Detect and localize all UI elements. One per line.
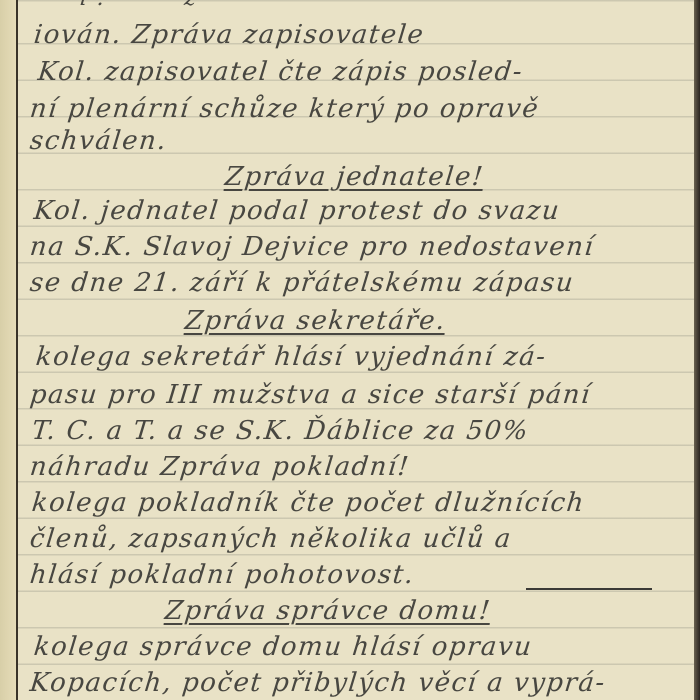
notebook-page: i . ´ ° ~ z ~ ~ ~ ~ ~ ~ iován. Zpráva za… bbox=[0, 0, 700, 700]
handwritten-line: se dne 21. září k přátelskému zápasu bbox=[28, 268, 575, 298]
handwritten-line: Kopacích, počet přibylých věcí a vyprá- bbox=[28, 668, 607, 698]
handwritten-line: iován. Zpráva zapisovatele bbox=[32, 20, 426, 50]
handwritten-line: členů, zapsaných několika učlů a bbox=[28, 524, 513, 554]
handwritten-line: kolega pokladník čte počet dlužnících bbox=[30, 488, 586, 518]
handwritten-line: hlásí pokladní pohotovost. bbox=[28, 560, 416, 590]
handwritten-line: kolega sekretář hlásí vyjednání zá- bbox=[34, 342, 548, 372]
handwritten-line: na S.K. Slavoj Dejvice pro nedostavení bbox=[28, 232, 595, 262]
section-heading-sekretar: Zpráva sekretáře. bbox=[183, 306, 447, 336]
handwritten-line: kolega správce domu hlásí opravu bbox=[32, 632, 534, 662]
handwritten-line: náhradu Zpráva pokladní! bbox=[28, 452, 411, 482]
section-heading-jednatel: Zpráva jednatele! bbox=[223, 162, 485, 192]
page-edge bbox=[694, 0, 700, 700]
margin-rule bbox=[16, 0, 18, 700]
binding-strip bbox=[0, 0, 16, 700]
handwritten-line: i . ´ ° ~ z ~ ~ ~ ~ ~ ~ bbox=[79, 0, 370, 11]
handwritten-line: Kol. zapisovatel čte zápis posled- bbox=[36, 57, 524, 87]
handwritten-line: pasu pro III mužstva a sice starší pání bbox=[28, 380, 592, 410]
handwritten-line: ní plenární schůze který po opravě bbox=[28, 94, 540, 124]
section-heading-spravce-domu: Zpráva správce domu! bbox=[163, 596, 492, 626]
handwritten-line: Kol. jednatel podal protest do svazu bbox=[32, 196, 561, 226]
handwritten-line: T. C. a T. a se S.K. Ďáblice za 50% bbox=[30, 416, 530, 446]
handwritten-line: schválen. bbox=[28, 126, 168, 156]
end-dash-line bbox=[526, 588, 652, 590]
